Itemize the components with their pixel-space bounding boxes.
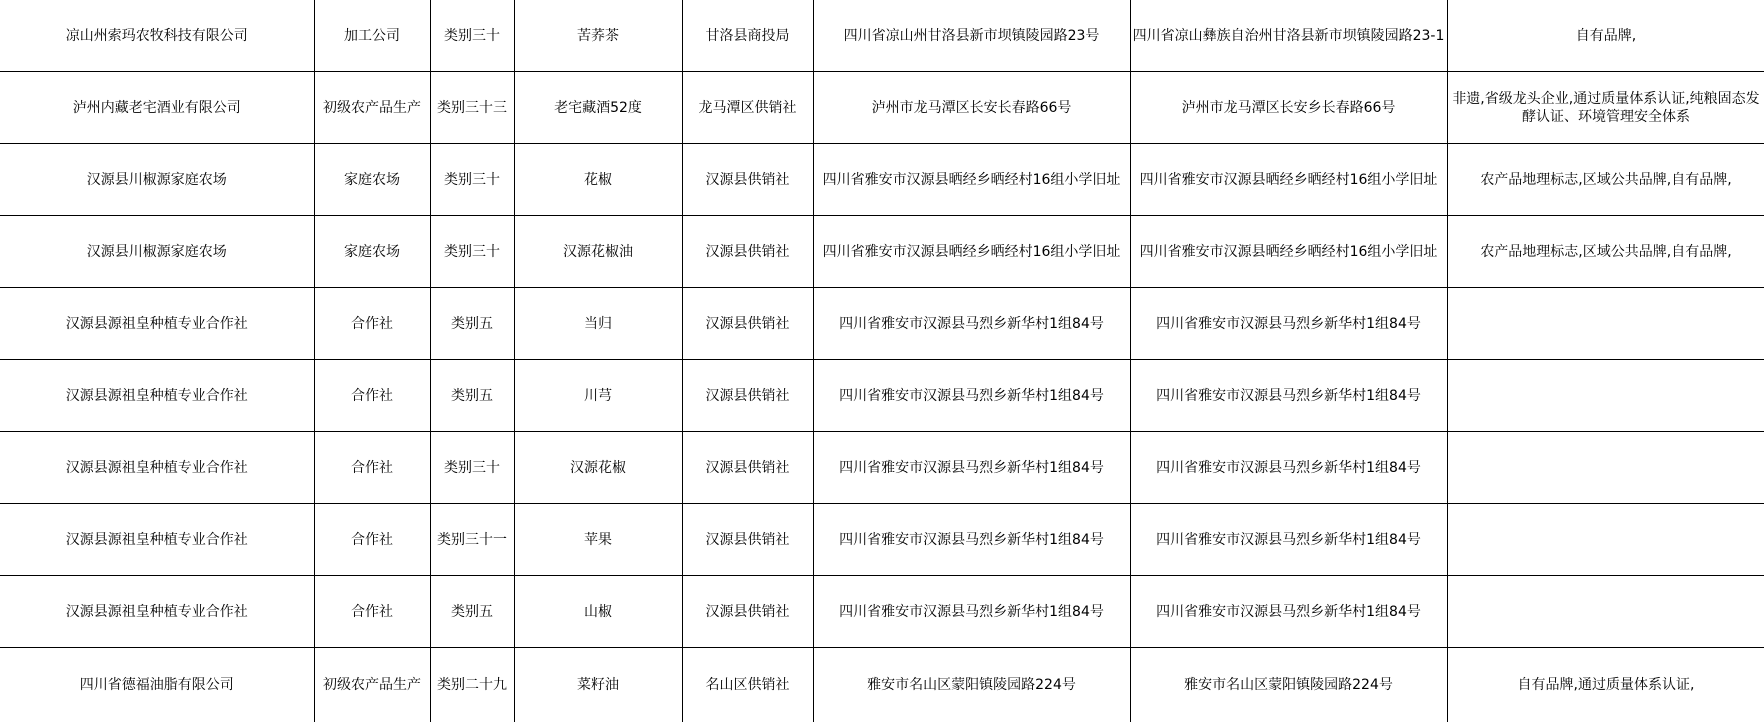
table-row: 汉源县源祖皇种植专业合作社 合作社 类别五 山椒 汉源县供销社 四川省雅安市汉源…	[0, 576, 1764, 648]
cell-company[interactable]: 汉源县源祖皇种植专业合作社	[0, 576, 314, 648]
cell-address[interactable]: 四川省雅安市汉源县马烈乡新华村1组84号	[813, 360, 1130, 432]
cell-category[interactable]: 类别三十一	[430, 504, 514, 576]
cell-type[interactable]: 家庭农场	[314, 216, 430, 288]
cell-reg-address[interactable]: 四川省雅安市汉源县马烈乡新华村1组84号	[1130, 576, 1447, 648]
cell-product[interactable]: 当归	[514, 288, 682, 360]
cell-address[interactable]: 四川省雅安市汉源县马烈乡新华村1组84号	[813, 576, 1130, 648]
cell-address[interactable]: 四川省雅安市汉源县马烈乡新华村1组84号	[813, 288, 1130, 360]
cell-product[interactable]: 汉源花椒油	[514, 216, 682, 288]
cell-agency[interactable]: 汉源县供销社	[682, 144, 813, 216]
cell-category[interactable]: 类别五	[430, 360, 514, 432]
table-row: 汉源县源祖皇种植专业合作社 合作社 类别五 当归 汉源县供销社 四川省雅安市汉源…	[0, 288, 1764, 360]
cell-tags[interactable]: 农产品地理标志,区域公共品牌,自有品牌,	[1447, 144, 1764, 216]
cell-tags[interactable]	[1447, 432, 1764, 504]
cell-tags[interactable]: 农产品地理标志,区域公共品牌,自有品牌,	[1447, 216, 1764, 288]
cell-tags[interactable]	[1447, 504, 1764, 576]
cell-type[interactable]: 初级农产品生产	[314, 648, 430, 722]
cell-tags[interactable]	[1447, 576, 1764, 648]
cell-category[interactable]: 类别五	[430, 288, 514, 360]
cell-company[interactable]: 汉源县源祖皇种植专业合作社	[0, 288, 314, 360]
cell-address[interactable]: 四川省雅安市汉源县马烈乡新华村1组84号	[813, 504, 1130, 576]
table-row: 汉源县川椒源家庭农场 家庭农场 类别三十 花椒 汉源县供销社 四川省雅安市汉源县…	[0, 144, 1764, 216]
cell-company[interactable]: 四川省德福油脂有限公司	[0, 648, 314, 722]
cell-type[interactable]: 家庭农场	[314, 144, 430, 216]
cell-reg-address[interactable]: 四川省雅安市汉源县马烈乡新华村1组84号	[1130, 360, 1447, 432]
cell-agency[interactable]: 汉源县供销社	[682, 504, 813, 576]
cell-type[interactable]: 加工公司	[314, 0, 430, 72]
cell-tags[interactable]: 自有品牌,	[1447, 0, 1764, 72]
cell-tags[interactable]	[1447, 360, 1764, 432]
cell-tags[interactable]: 自有品牌,通过质量体系认证,	[1447, 648, 1764, 722]
cell-type[interactable]: 初级农产品生产	[314, 72, 430, 144]
cell-company[interactable]: 凉山州索玛农牧科技有限公司	[0, 0, 314, 72]
cell-address[interactable]: 泸州市龙马潭区长安长春路66号	[813, 72, 1130, 144]
cell-category[interactable]: 类别三十	[430, 432, 514, 504]
cell-company[interactable]: 汉源县源祖皇种植专业合作社	[0, 360, 314, 432]
cell-reg-address[interactable]: 四川省雅安市汉源县马烈乡新华村1组84号	[1130, 504, 1447, 576]
cell-agency[interactable]: 名山区供销社	[682, 648, 813, 722]
cell-product[interactable]: 老宅藏酒52度	[514, 72, 682, 144]
cell-category[interactable]: 类别三十	[430, 144, 514, 216]
cell-agency[interactable]: 汉源县供销社	[682, 360, 813, 432]
table-row: 四川省德福油脂有限公司 初级农产品生产 类别二十九 菜籽油 名山区供销社 雅安市…	[0, 648, 1764, 722]
cell-type[interactable]: 合作社	[314, 288, 430, 360]
cell-reg-address[interactable]: 四川省雅安市汉源县晒经乡晒经村16组小学旧址	[1130, 216, 1447, 288]
cell-type[interactable]: 合作社	[314, 576, 430, 648]
cell-type[interactable]: 合作社	[314, 432, 430, 504]
cell-reg-address[interactable]: 四川省雅安市汉源县马烈乡新华村1组84号	[1130, 432, 1447, 504]
cell-agency[interactable]: 汉源县供销社	[682, 216, 813, 288]
cell-company[interactable]: 汉源县源祖皇种植专业合作社	[0, 432, 314, 504]
cell-address[interactable]: 四川省雅安市汉源县晒经乡晒经村16组小学旧址	[813, 216, 1130, 288]
spreadsheet-table: 凉山州索玛农牧科技有限公司 加工公司 类别三十 苦荞茶 甘洛县商投局 四川省凉山…	[0, 0, 1764, 722]
cell-reg-address[interactable]: 雅安市名山区蒙阳镇陵园路224号	[1130, 648, 1447, 722]
cell-product[interactable]: 山椒	[514, 576, 682, 648]
table-row: 凉山州索玛农牧科技有限公司 加工公司 类别三十 苦荞茶 甘洛县商投局 四川省凉山…	[0, 0, 1764, 72]
cell-address[interactable]: 雅安市名山区蒙阳镇陵园路224号	[813, 648, 1130, 722]
cell-reg-address[interactable]: 四川省凉山彝族自治州甘洛县新市坝镇陵园路23-1	[1130, 0, 1447, 72]
cell-reg-address[interactable]: 泸州市龙马潭区长安乡长春路66号	[1130, 72, 1447, 144]
cell-type[interactable]: 合作社	[314, 504, 430, 576]
cell-agency[interactable]: 甘洛县商投局	[682, 0, 813, 72]
cell-category[interactable]: 类别二十九	[430, 648, 514, 722]
cell-tags[interactable]	[1447, 288, 1764, 360]
cell-company[interactable]: 泸州内藏老宅酒业有限公司	[0, 72, 314, 144]
cell-agency[interactable]: 龙马潭区供销社	[682, 72, 813, 144]
table-row: 汉源县源祖皇种植专业合作社 合作社 类别五 川芎 汉源县供销社 四川省雅安市汉源…	[0, 360, 1764, 432]
cell-company[interactable]: 汉源县川椒源家庭农场	[0, 216, 314, 288]
cell-product[interactable]: 苹果	[514, 504, 682, 576]
cell-address[interactable]: 四川省雅安市汉源县马烈乡新华村1组84号	[813, 432, 1130, 504]
table-row: 汉源县川椒源家庭农场 家庭农场 类别三十 汉源花椒油 汉源县供销社 四川省雅安市…	[0, 216, 1764, 288]
cell-product[interactable]: 苦荞茶	[514, 0, 682, 72]
table-row: 泸州内藏老宅酒业有限公司 初级农产品生产 类别三十三 老宅藏酒52度 龙马潭区供…	[0, 72, 1764, 144]
cell-product[interactable]: 花椒	[514, 144, 682, 216]
cell-reg-address[interactable]: 四川省雅安市汉源县晒经乡晒经村16组小学旧址	[1130, 144, 1447, 216]
cell-type[interactable]: 合作社	[314, 360, 430, 432]
table-row: 汉源县源祖皇种植专业合作社 合作社 类别三十一 苹果 汉源县供销社 四川省雅安市…	[0, 504, 1764, 576]
table-row: 汉源县源祖皇种植专业合作社 合作社 类别三十 汉源花椒 汉源县供销社 四川省雅安…	[0, 432, 1764, 504]
cell-tags[interactable]: 非遗,省级龙头企业,通过质量体系认证,纯粮固态发酵认证、环境管理安全体系	[1447, 72, 1764, 144]
cell-category[interactable]: 类别三十三	[430, 72, 514, 144]
cell-company[interactable]: 汉源县川椒源家庭农场	[0, 144, 314, 216]
cell-address[interactable]: 四川省凉山州甘洛县新市坝镇陵园路23号	[813, 0, 1130, 72]
cell-agency[interactable]: 汉源县供销社	[682, 288, 813, 360]
cell-company[interactable]: 汉源县源祖皇种植专业合作社	[0, 504, 314, 576]
cell-agency[interactable]: 汉源县供销社	[682, 432, 813, 504]
cell-product[interactable]: 菜籽油	[514, 648, 682, 722]
cell-category[interactable]: 类别三十	[430, 216, 514, 288]
cell-reg-address[interactable]: 四川省雅安市汉源县马烈乡新华村1组84号	[1130, 288, 1447, 360]
cell-category[interactable]: 类别三十	[430, 0, 514, 72]
cell-product[interactable]: 汉源花椒	[514, 432, 682, 504]
cell-address[interactable]: 四川省雅安市汉源县晒经乡晒经村16组小学旧址	[813, 144, 1130, 216]
cell-agency[interactable]: 汉源县供销社	[682, 576, 813, 648]
cell-product[interactable]: 川芎	[514, 360, 682, 432]
cell-category[interactable]: 类别五	[430, 576, 514, 648]
